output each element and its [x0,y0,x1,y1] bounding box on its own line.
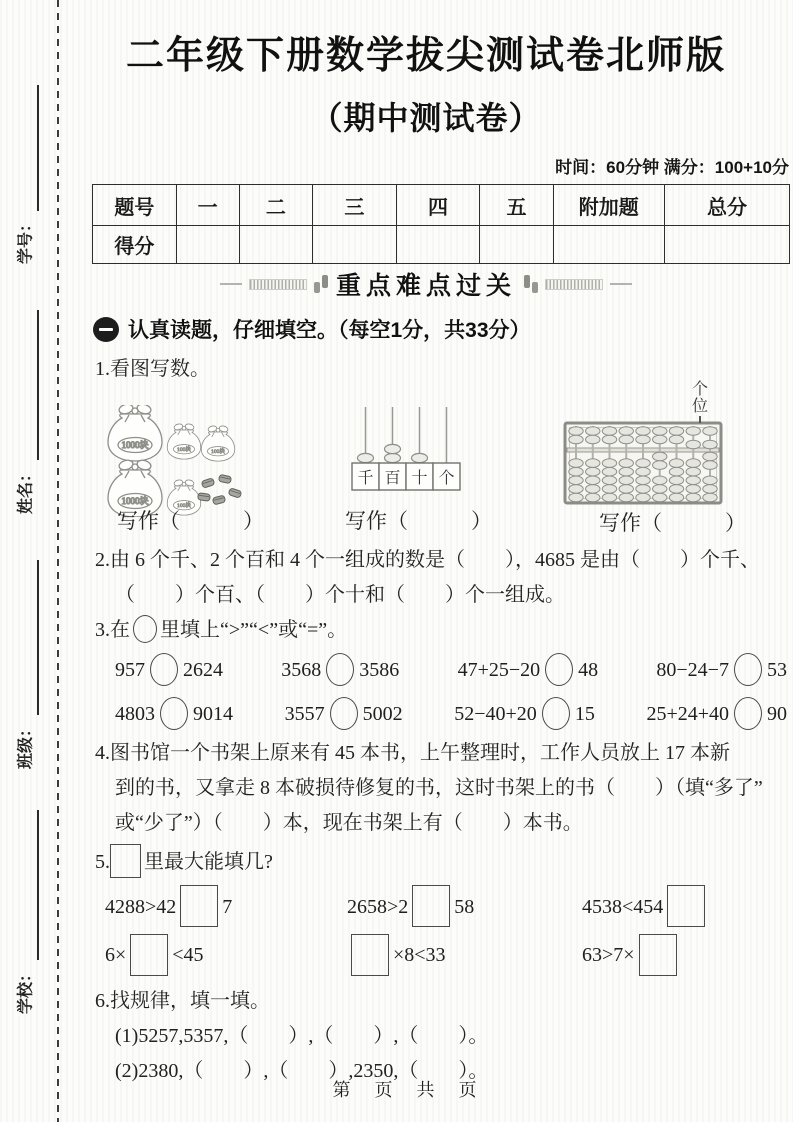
answer-box [639,934,677,976]
banner-quote-icon [314,275,329,293]
score-table: 题号 一 二 三 四 五 附加题 总分 得分 [92,184,790,264]
left-value: 25+24+40 [646,703,729,725]
score-col-header: 总分 [664,185,789,226]
score-cell [553,226,664,264]
answer-circle [330,697,358,730]
right-value: 5002 [363,703,403,725]
answer-circle [150,653,178,686]
school-label: 学校： [13,966,36,1014]
score-col-header: 题号 [93,185,177,226]
fill-box-item: 2658>258 [347,883,582,931]
left-value: 4803 [115,703,155,725]
abacus-place-pointer [699,416,701,423]
write-as-blank: 写作（ ） [117,505,264,535]
comparison-item: 35575002 [285,692,403,736]
expression-post: 7 [222,896,232,918]
answer-circle [545,653,573,686]
abacus-place-label: 个位 [690,381,710,415]
abacus-illustration [563,421,723,505]
write-as-blank: 写作（ ） [345,505,492,535]
question-number: 3. [95,619,110,641]
question-4-line1: 4.图书馆一个书架上原来有 45 本书，上午整理时，工作人员放上 17 本新 [95,736,793,771]
question-6-title: 6.找规律，填一填。 [95,984,793,1019]
answer-box [180,885,218,927]
expression-pre: 4288>42 [105,896,176,918]
expression-pre: 63>7× [582,944,635,966]
student-id-writing-line [37,85,39,211]
answer-circle [160,697,188,730]
score-cell [176,226,239,264]
banner-hatch-ornament [545,279,603,290]
question-5-title: 5.里最大能填几? [95,841,793,883]
score-cell [313,226,397,264]
score-col-header: 附加题 [553,185,664,226]
class-label: 班级： [13,721,36,769]
svg-text:1000块: 1000块 [121,439,148,450]
page-title: 二年级下册数学拔尖测试卷北师版 [59,0,793,79]
comparison-item: 47+25−2048 [458,648,599,692]
answer-circle [326,653,354,686]
class-writing-line [37,560,39,715]
answer-circle [734,653,762,686]
score-cell [664,226,789,264]
answer-box [351,934,389,976]
comparison-item: 25+24+4090 [646,692,787,736]
write-as-blank: 写作（ ） [599,507,746,537]
svg-text:十: 十 [411,469,427,487]
left-value: 3568 [281,659,321,681]
fill-box-item: 4288>427 [105,883,347,931]
score-cell [480,226,553,264]
time-score-info: 时间：60分钟 满分：100+10分 [59,153,793,178]
score-table-header-row: 题号 一 二 三 四 五 附加题 总分 [93,185,790,226]
question-text: 里填上“>”“<”或“=”。 [160,619,347,641]
expression-post: ×8<33 [393,944,446,966]
answer-box [667,885,705,927]
expression-pre: 4538<454 [582,896,663,918]
school-writing-line [37,810,39,960]
score-table-score-row: 得分 [93,226,790,264]
fill-box-row: 4288>427 2658>258 4538<454 [105,883,793,931]
comparison-item: 9572624 [115,648,223,692]
money-bags-illustration: 1000块1000块100块100块100块 [105,405,247,517]
student-id-label: 学号： [13,216,36,264]
question-text: 看图写数。 [110,358,210,380]
comparison-item: 52−40+2015 [454,692,595,736]
expression-pre: 2658>2 [347,896,408,918]
answer-circle [133,615,157,643]
question-2-line2: （ ）个百、（ ）个十和（ ）个一组成。 [115,578,793,613]
right-value: 2624 [183,659,223,681]
score-col-header: 二 [239,185,312,226]
question-number: 6. [95,990,110,1012]
left-value: 47+25−20 [458,659,541,681]
score-col-header: 四 [396,185,480,226]
comparison-row: 48039014 35575002 52−40+2015 25+24+4090 [115,692,787,736]
page-footer: 第 页 共 页 [59,1076,753,1102]
expression-post: 58 [454,896,474,918]
section-one-header: 认真读题，仔细填空。（每空1分，共33分） [93,314,793,344]
fill-box-item: 63>7× [582,931,793,979]
section-number-badge-icon [93,317,119,342]
question-number: 4. [95,742,110,764]
banner-line [220,283,242,285]
name-writing-line [37,310,39,460]
left-value: 52−40+20 [454,703,537,725]
question-text: 图书馆一个书架上原来有 45 本书，上午整理时，工作人员放上 17 本新 [110,742,730,764]
expression-pre: 6× [105,944,126,966]
question-text: 找规律，填一填。 [110,990,270,1012]
right-value: 90 [767,703,787,725]
right-value: 3586 [359,659,399,681]
left-value: 957 [115,659,145,681]
answer-box [130,934,168,976]
fill-box-row: 6×<45 ×8<33 63>7× [105,931,793,979]
question-1-figures: 1000块1000块100块100块100块 千百十个 个位 写作（ ） 写作（… [59,389,793,537]
right-value: 9014 [193,703,233,725]
question-text: 由 6 个千、2 个百和 4 个一组成的数是（ ），4685 是由（ ）个千、 [110,549,760,571]
banner-hatch-ornament [249,279,307,290]
left-value: 80−24−7 [656,659,729,681]
answer-circle [734,697,762,730]
paper-content: 二年级下册数学拔尖测试卷北师版 （期中测试卷） 时间：60分钟 满分：100+1… [59,0,793,1122]
section-one-title: 认真读题，仔细填空。（每空1分，共33分） [128,314,531,344]
question-text: 里最大能填几? [144,851,273,873]
score-col-header: 一 [176,185,239,226]
banner-line [610,283,632,285]
expression-post: <45 [172,944,203,966]
question-number: 2. [95,549,110,571]
svg-text:个: 个 [438,469,454,487]
banner-title: 重点难点过关 [336,266,516,302]
score-cell [239,226,312,264]
answer-box [412,885,450,927]
question-text: 在 [110,619,130,641]
question-1-text: 1.看图写数。 [95,352,793,387]
left-value: 3557 [285,703,325,725]
question-4-line2: 到的书，又拿走 8 本破损待修复的书，这时书架上的书（ ）（填“多了” [115,771,793,806]
right-value: 48 [578,659,598,681]
place-value-counter-illustration: 千百十个 [337,403,487,499]
comparison-item: 80−24−753 [656,648,787,692]
question-number: 5. [95,851,110,873]
question-4-line3: 或“少了”）（ ）本，现在书架上有（ ）本书。 [115,806,793,841]
score-col-header: 五 [480,185,553,226]
svg-text:千: 千 [357,469,373,487]
fill-box-item: 4538<454 [582,883,793,931]
score-cell [396,226,480,264]
svg-text:百: 百 [384,469,400,487]
fill-box-item: ×8<33 [347,931,582,979]
name-label: 姓名： [13,466,36,514]
banner-quote-icon [523,275,538,293]
score-col-header: 三 [313,185,397,226]
question-3-title: 3.在里填上“>”“<”或“=”。 [95,613,793,648]
score-row-label: 得分 [93,226,177,264]
answer-box [110,844,141,878]
right-value: 15 [575,703,595,725]
section-banner: 重点难点过关 [59,269,793,299]
comparison-item: 48039014 [115,692,233,736]
page-subtitle: （期中测试卷） [59,93,793,139]
question-2-line1: 2.由 6 个千、2 个百和 4 个一组成的数是（ ），4685 是由（ ）个千… [95,543,793,578]
question-number: 1. [95,358,110,380]
comparison-row: 9572624 35683586 47+25−2048 80−24−753 [115,648,787,692]
question-6-line1: (1)5257,5357,（ ）,（ ）,（ ）。 [115,1019,793,1054]
fill-box-item: 6×<45 [105,931,347,979]
test-paper-page: 学号： 姓名： 班级： 学校： 二年级下册数学拔尖测试卷北师版 （期中测试卷） … [0,0,793,1122]
right-value: 53 [767,659,787,681]
comparison-item: 35683586 [281,648,399,692]
answer-circle [542,697,570,730]
